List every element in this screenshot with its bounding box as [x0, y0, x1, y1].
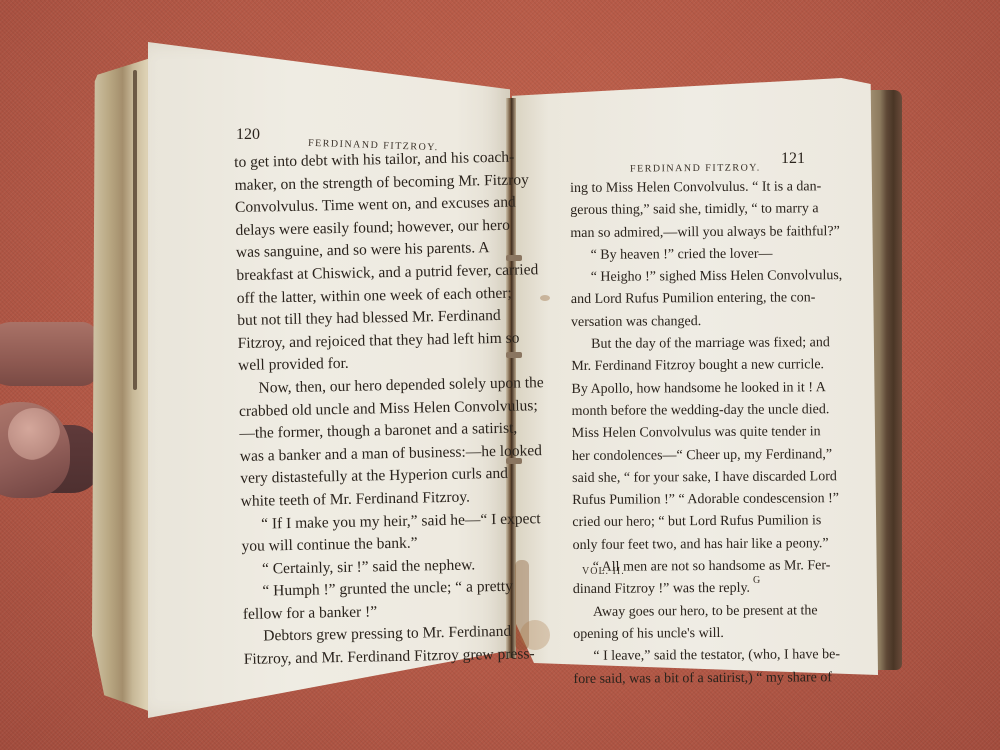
text-line: only four feet two, and has hair like a … — [572, 533, 804, 557]
text-line: said she, “ for your sake, I have discar… — [572, 466, 804, 490]
text-line: cried our hero; “ but Lord Rufus Pumilio… — [572, 511, 804, 535]
running-head-right: FERDINAND FITZROY. — [630, 162, 761, 174]
photo-scene: 120 FERDINAND FITZROY. to get into debt … — [0, 0, 1000, 750]
right-page-body: ing to Miss Helen Convolvulus. “ It is a… — [570, 176, 806, 690]
text-line: But the day of the marriage was fixed; a… — [571, 332, 803, 356]
text-line: fore said, was a bit of a satirist,) “ m… — [573, 667, 805, 691]
signature-mark: G — [753, 575, 761, 586]
binding-crack — [133, 70, 137, 390]
text-line: month before the wedding-day the uncle d… — [572, 399, 804, 423]
left-page-body: to get into debt with his tailor, and hi… — [234, 147, 490, 671]
text-line: Away goes our hero, to be present at the — [573, 600, 805, 624]
text-line: “ By heaven !” cried the lover— — [570, 243, 802, 267]
index-finger — [0, 322, 98, 386]
page-number-right: 121 — [781, 150, 805, 168]
text-line: Miss Helen Convolvulus was quite tender … — [572, 422, 804, 446]
binding-stitch — [506, 255, 522, 261]
text-line: “ I leave,” said the testator, (who, I h… — [573, 645, 805, 669]
text-line: “ If I make you my heir,” said he—“ I ex… — [241, 509, 487, 536]
text-line: Rufus Pumilion !” “ Adorable condescensi… — [572, 489, 804, 513]
text-line: “ Humph !” grunted the uncle; “ a pretty — [242, 576, 488, 603]
binding-stitch — [506, 352, 522, 358]
text-line: Fitzroy, and Mr. Ferdinand Fitzroy grew … — [244, 644, 490, 671]
text-line: Mr. Ferdinand Fitzroy bought a new curri… — [571, 355, 803, 379]
volume-marker: VOL. II. — [582, 566, 625, 577]
text-line: man so admired,—will you always be faith… — [570, 221, 802, 245]
text-line: dinand Fitzroy !” was the reply. — [573, 578, 805, 602]
text-line: By Apollo, how handsome he looked in it … — [571, 377, 803, 401]
text-line: and Lord Rufus Pumilion entering, the co… — [571, 288, 803, 312]
thumbnail — [8, 408, 60, 460]
text-line: her condolences—“ Cheer up, my Ferdinand… — [572, 444, 804, 468]
text-line: “ Heigho !” sighed Miss Helen Convolvulu… — [571, 266, 803, 290]
foxing-stain — [540, 295, 550, 301]
page-number-left: 120 — [236, 126, 260, 144]
text-line: opening of his uncle's will. — [573, 622, 805, 646]
text-line: gerous thing,” said she, timidly, “ to m… — [570, 199, 802, 223]
text-line: ing to Miss Helen Convolvulus. “ It is a… — [570, 176, 802, 200]
text-line: versation was changed. — [571, 310, 803, 334]
